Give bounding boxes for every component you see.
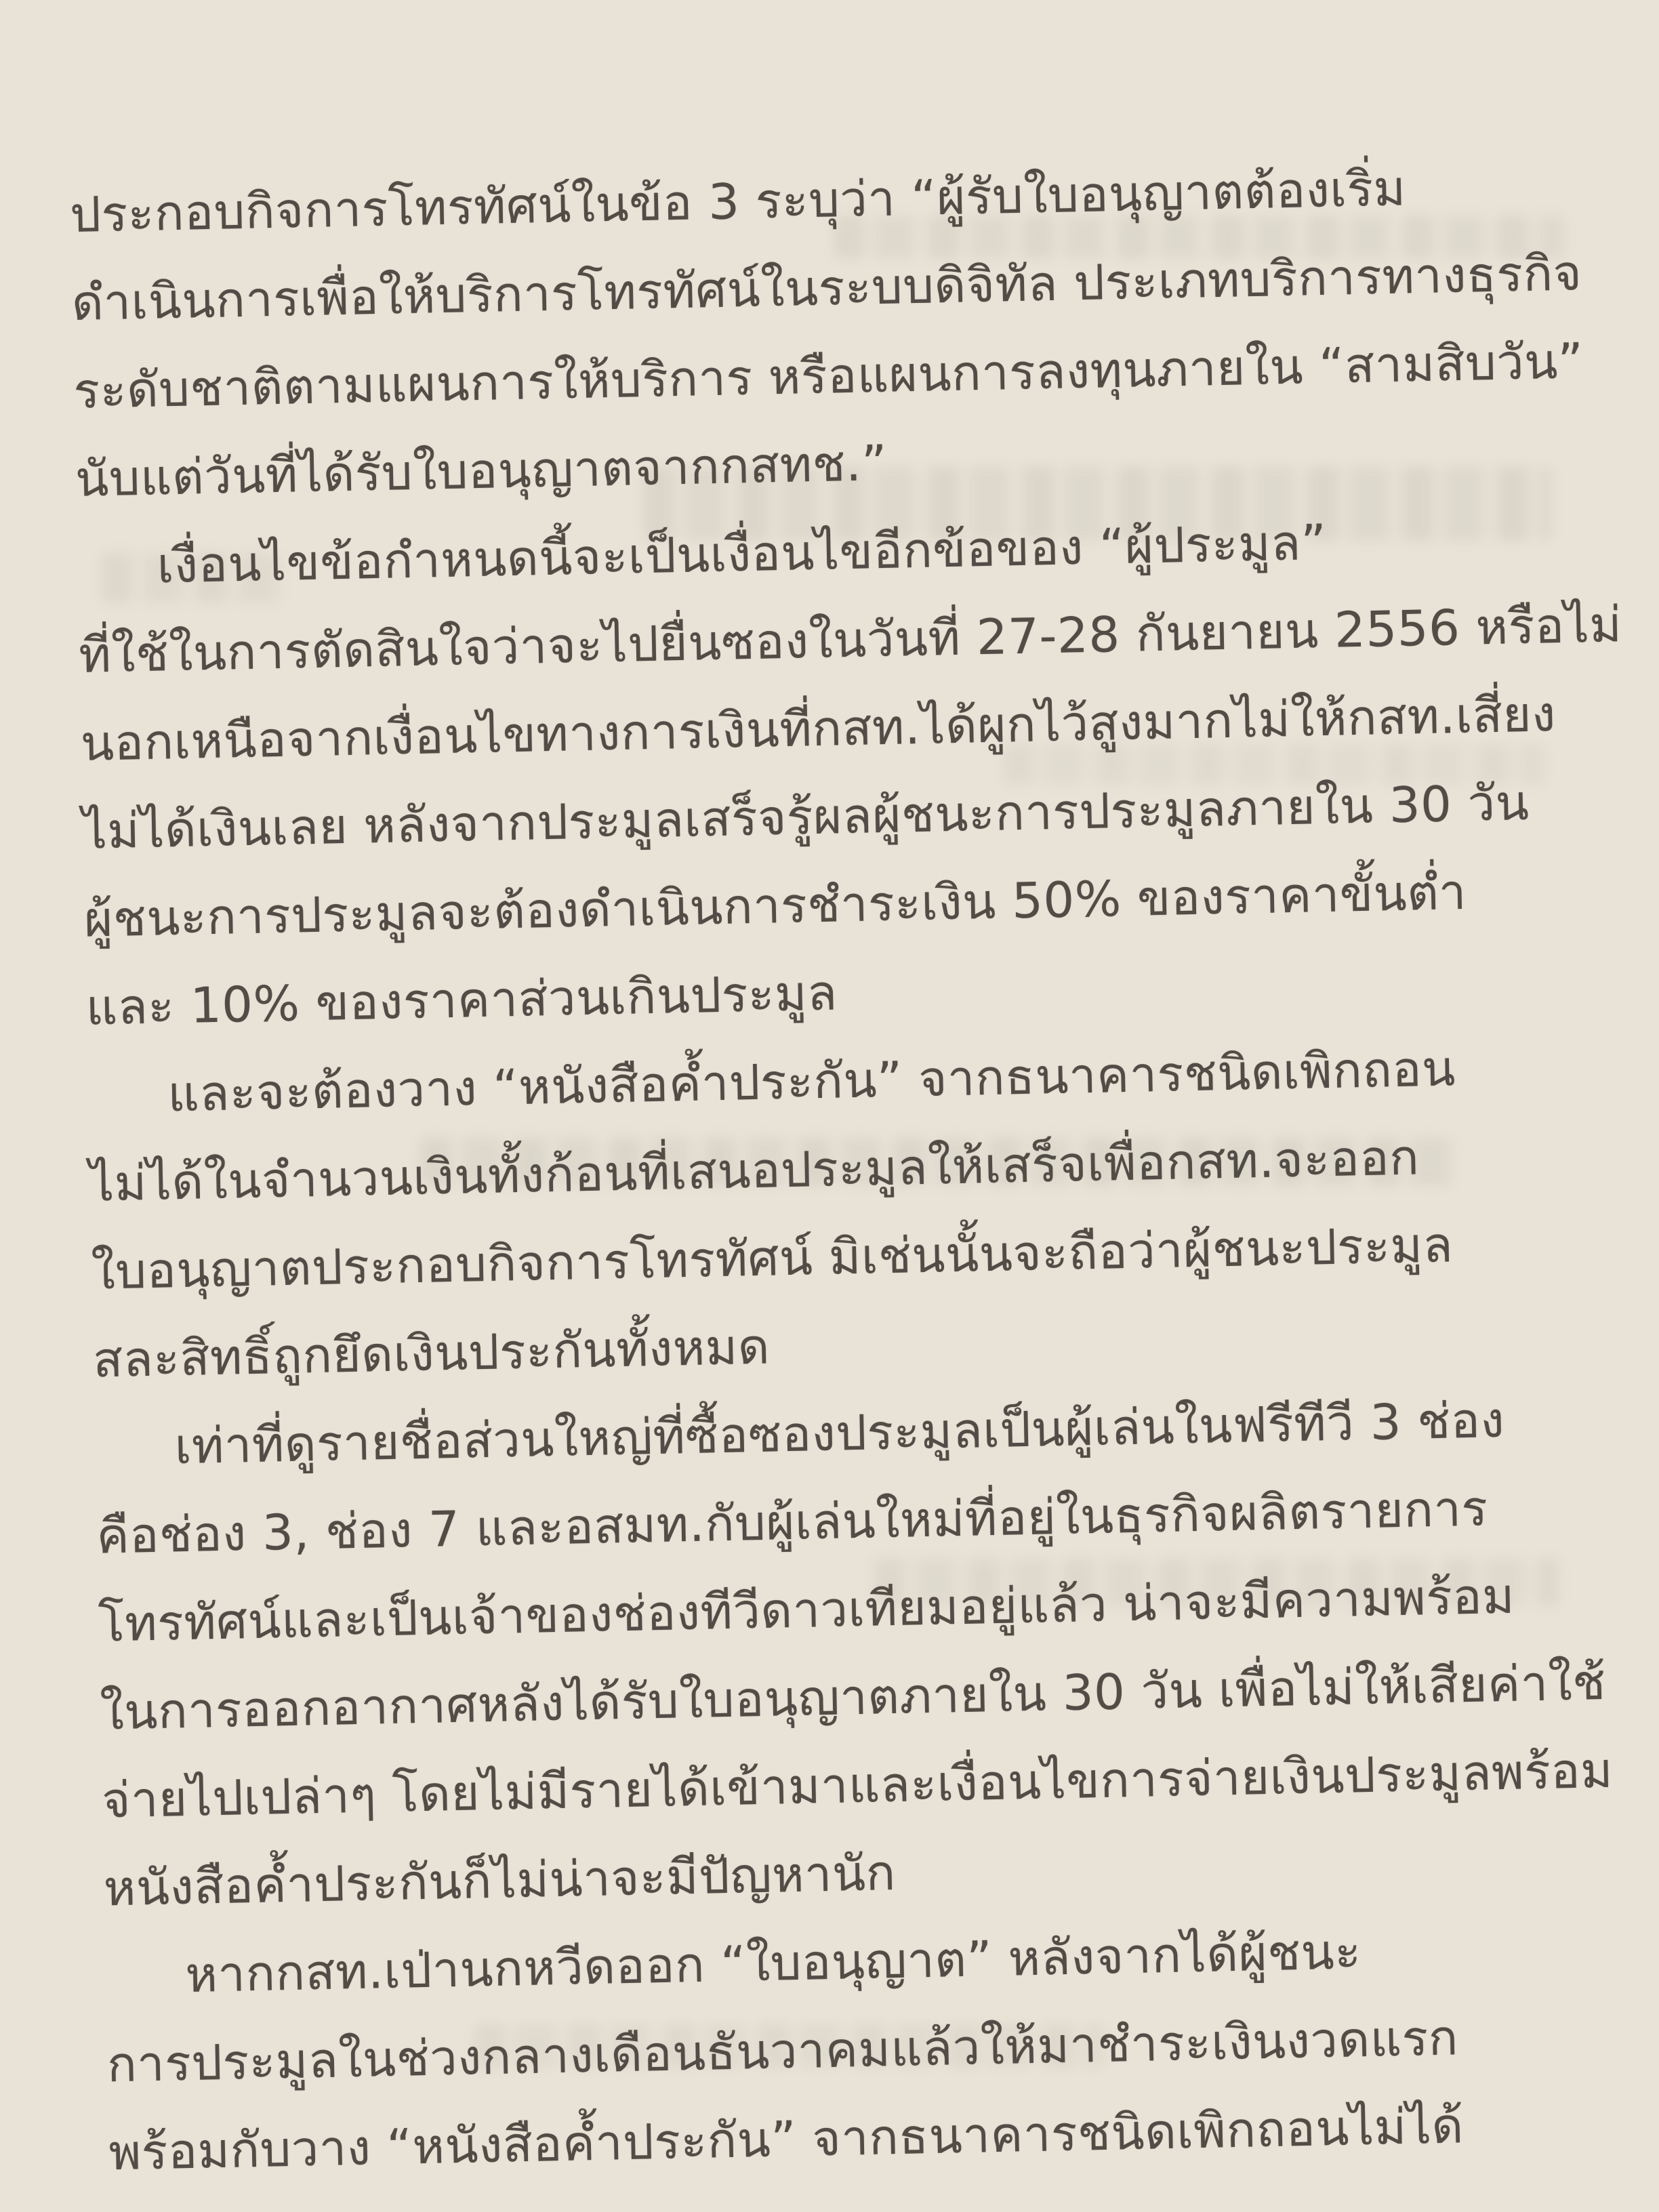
page-text-block: ประกอบกิจการโทรทัศน์ในข้อ 3 ระบุว่า “ผู้… [69,140,1659,2197]
book-page: ประกอบกิจการโทรทัศน์ในข้อ 3 ระบุว่า “ผู้… [0,0,1659,2212]
